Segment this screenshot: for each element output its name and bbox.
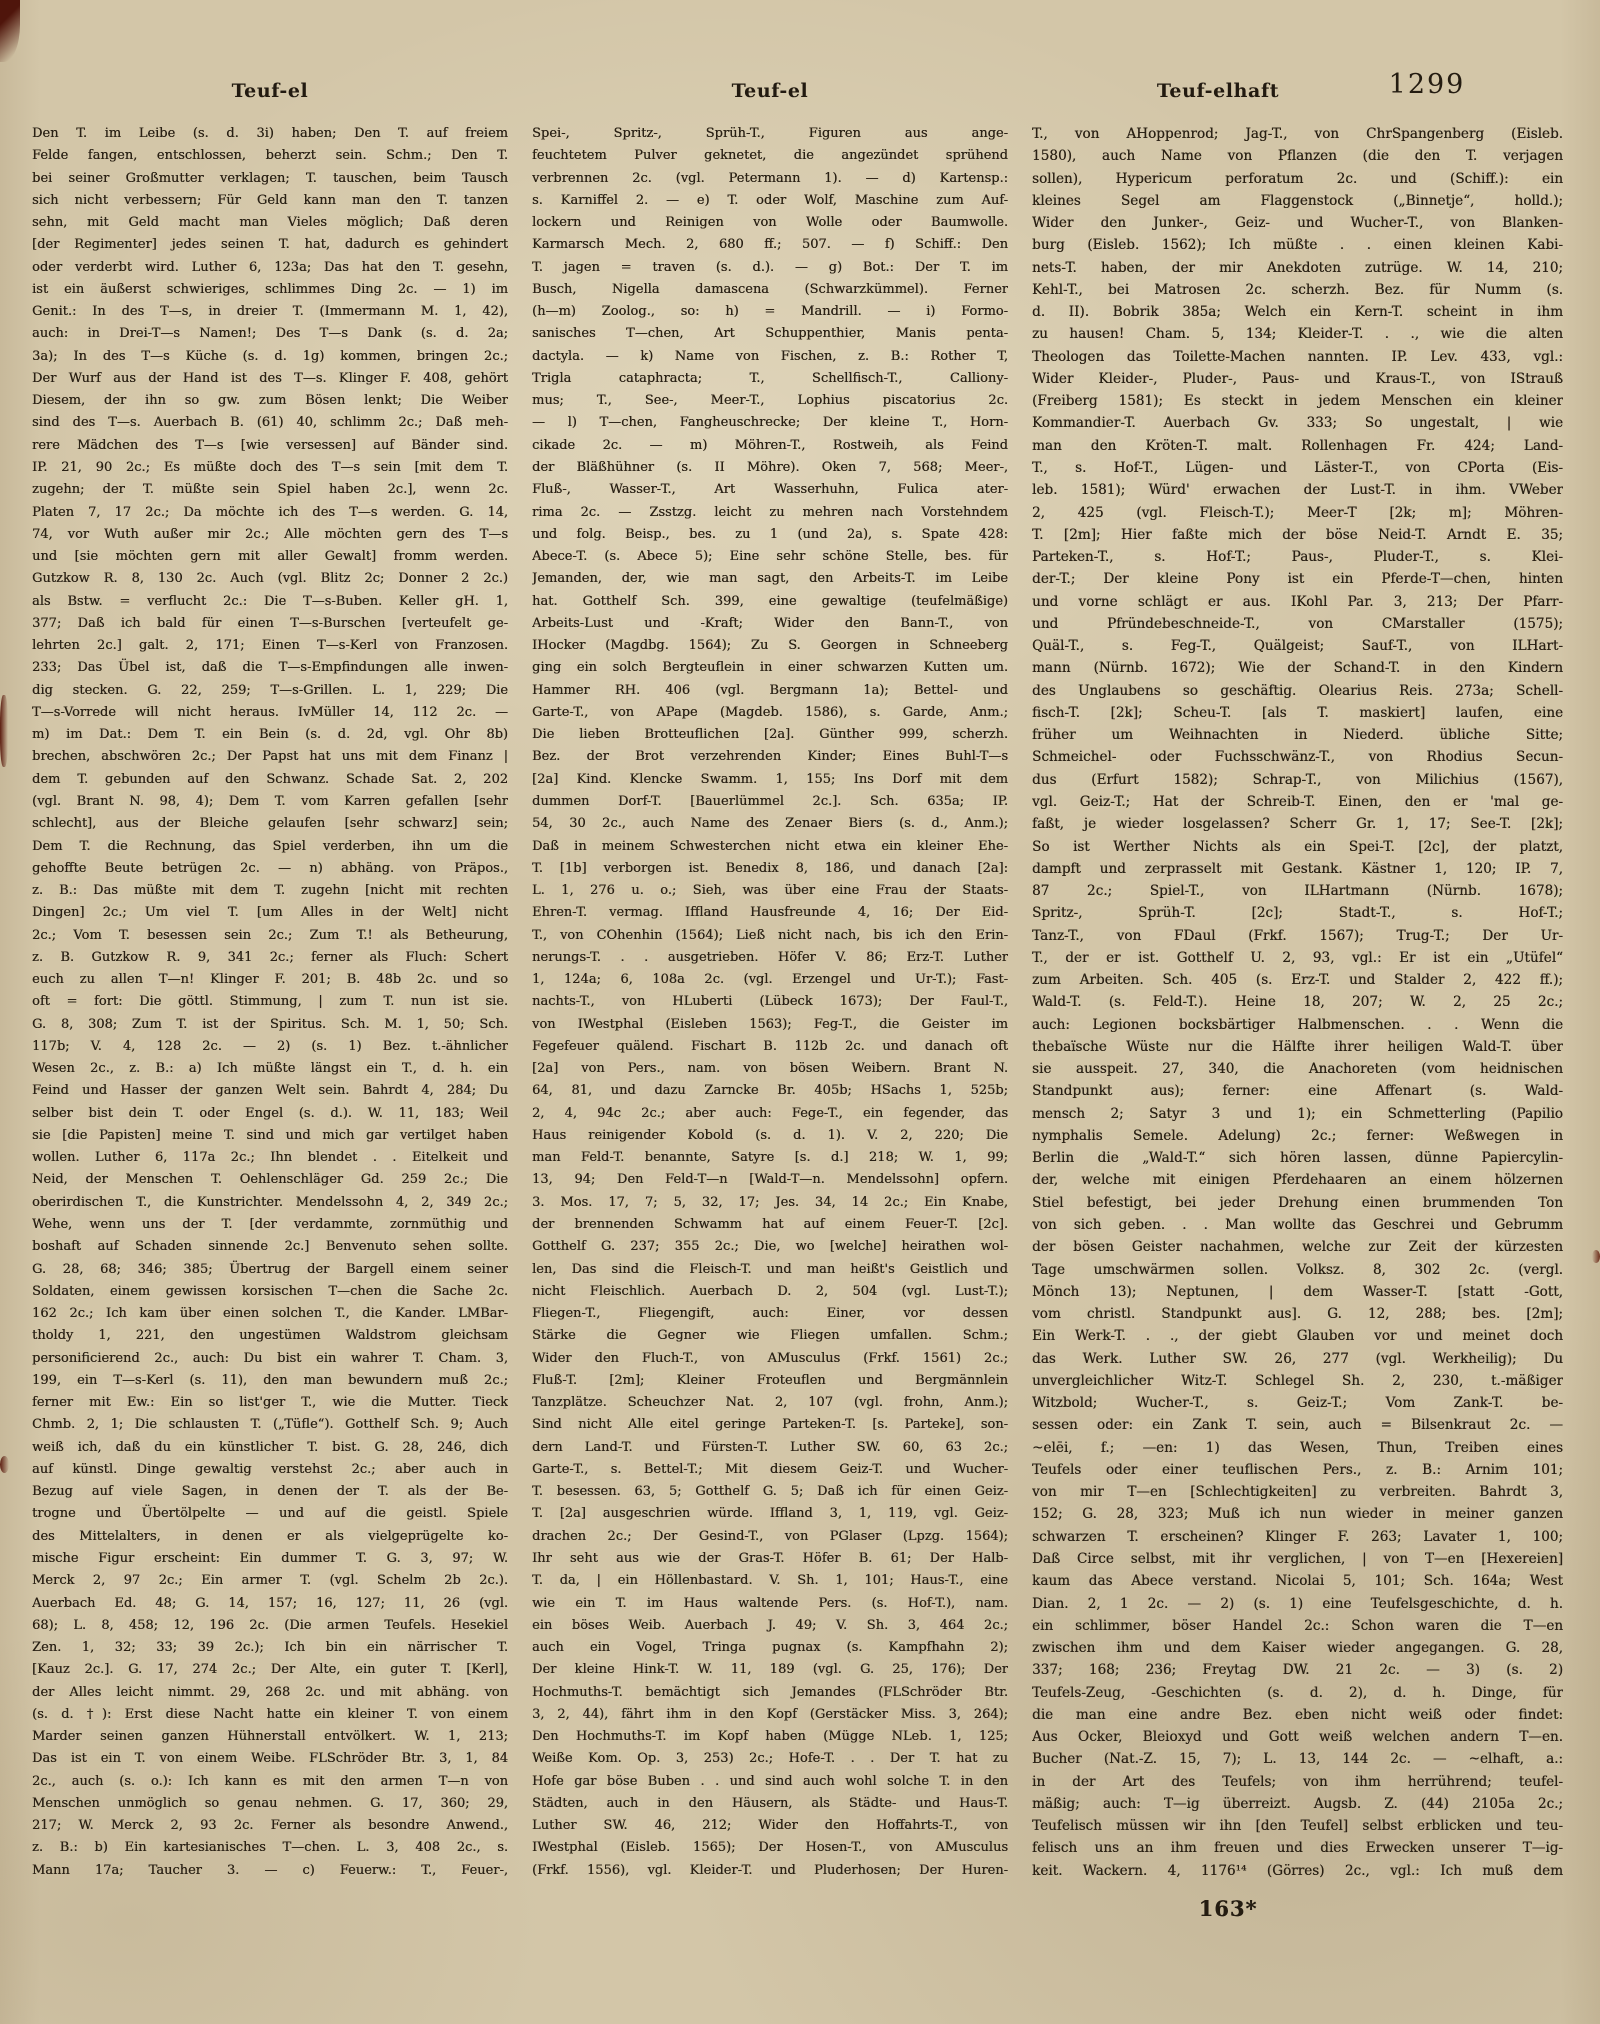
text-line: keit. Wackern. 4, 1176¹⁴ (Görres) 2c., v…: [1032, 1860, 1563, 1882]
text-line: T—s-Vorrede will nicht heraus. IvMüller …: [32, 702, 508, 724]
text-line: mus; T., See-, Meer-T., Lophius piscator…: [532, 390, 1008, 412]
text-line: nymphalis Semele. Adelung) 2c.; ferner: …: [1032, 1125, 1563, 1147]
text-line: euch zu allen T—n! Klinger F. 201; B. 48…: [32, 969, 508, 991]
text-line: Das ist ein T. von einem Weibe. FLSchröd…: [32, 1748, 508, 1770]
text-line: s. Karniffel 2. — e) T. oder Wolf, Masch…: [532, 190, 1008, 212]
text-line: kleines Segel am Flaggenstock („Binnetje…: [1032, 190, 1563, 212]
text-line: oft = fort: Die göttl. Stimmung, | zum T…: [32, 991, 508, 1013]
text-line: zum Arbeiten. Sch. 405 (s. Erz-T. und St…: [1032, 969, 1563, 991]
text-line: 3. Mos. 17, 7; 5, 32, 17; Jes. 34, 14 2c…: [532, 1192, 1008, 1214]
text-line: Fluß-T. [2m]; Kleiner Froteuflen und Ber…: [532, 1370, 1008, 1392]
text-line: Arbeits-Lust und -Kraft; Wider den Bann-…: [532, 613, 1008, 635]
text-line: T., der er ist. Gotthelf U. 2, 93, vgl.:…: [1032, 947, 1563, 969]
text-line: des Mittelalters, in denen er als vielge…: [32, 1526, 508, 1548]
text-line: thebaïsche Wüste nur die Hälfte ihrer he…: [1032, 1036, 1563, 1058]
page-edge-stain-right: [1592, 1250, 1600, 1263]
text-line: mäßig; auch: T—ig überreizt. Augsb. Z. (…: [1032, 1793, 1563, 1815]
text-line: T. [1b] verborgen ist. Benedix 8, 186, u…: [532, 858, 1008, 880]
text-line: 54, 30 2c., auch Name des Zenaer Biers (…: [532, 813, 1008, 835]
text-line: Theologen das Toilette-Machen nannten. I…: [1032, 346, 1563, 368]
text-line: der-T.; Der kleine Pony ist ein Pferde-T…: [1032, 568, 1563, 590]
text-line: (h—m) Zoolog., so: h) = Mandrill. — i) F…: [532, 301, 1008, 323]
text-line: sanisches T—chen, Art Schuppenthier, Man…: [532, 323, 1008, 345]
text-line: mensch 2; Satyr 3 und 1); ein Schmetterl…: [1032, 1103, 1563, 1125]
text-line: (Freiberg 1581); Es steckt in jedem Mens…: [1032, 390, 1563, 412]
text-line: 1580), auch Name von Pflanzen (die den T…: [1032, 145, 1563, 167]
text-line: Stärke die Gegner wie Fliegen umfallen. …: [532, 1325, 1008, 1347]
text-line: Tanz-T., von FDaul (Frkf. 1567); Trug-T.…: [1032, 925, 1563, 947]
text-line: Karmarsch Mech. 2, 680 ff.; 507. — f) Sc…: [532, 234, 1008, 256]
text-line: dummen Dorf-T. [Bauerlümmel 2c.]. Sch. 6…: [532, 791, 1008, 813]
text-line: Wesen 2c., z. B.: a) Ich müßte längst ei…: [32, 1058, 508, 1080]
text-line: mische Figur erscheint: Ein dummer T. G.…: [32, 1548, 508, 1570]
text-line: Bucher (Nat.-Z. 15, 7); L. 13, 144 2c. —…: [1032, 1748, 1563, 1770]
text-line: dampft und zerprasselt mit Gestank. Käst…: [1032, 858, 1563, 880]
text-line: rere Mädchen des T—s [wie versessen] auf…: [32, 435, 508, 457]
text-line: Merck 2, 97 2c.; Ein armer T. (vgl. Sche…: [32, 1570, 508, 1592]
text-line: G. 28, 68; 346; 385; Übertrug der Bargel…: [32, 1259, 508, 1281]
text-line: 3, 2, 44), fährt ihm in den Kopf (Gerstä…: [532, 1704, 1008, 1726]
text-line: (s. d. †): Erst diese Nacht hatte ein kl…: [32, 1704, 508, 1726]
text-line: der, welche mit einigen Pferdehaaren an …: [1032, 1169, 1563, 1191]
text-line: 2, 4, 94c 2c.; aber auch: Fege-T., ein f…: [532, 1103, 1008, 1125]
text-line: T. da, | ein Höllenbastard. V. Sh. 1, 10…: [532, 1570, 1008, 1592]
text-line: die man eine andre Bez. eben nicht weiß …: [1032, 1704, 1563, 1726]
text-line: verbrennen 2c. (vgl. Petermann 1). — d) …: [532, 168, 1008, 190]
text-line: Dingen] 2c.; Um viel T. [um Alles in der…: [32, 902, 508, 924]
text-line: Ehren-T. vermag. Iffland Hausfreunde 4, …: [532, 902, 1008, 924]
page-edge-stain-top-left: [0, 0, 20, 62]
text-line: Kehl-T., bei Matrosen 2c. scherzh. Bez. …: [1032, 279, 1563, 301]
text-line: kaum das Abece verstand. Nicolai 5, 101;…: [1032, 1570, 1563, 1592]
text-line: feuchtetem Pulver geknetet, die angezünd…: [532, 145, 1008, 167]
text-line: auch ein Vogel, Tringa pugnax (s. Kampfh…: [532, 1637, 1008, 1659]
text-line: T., von COhenhin (1564); Ließ nicht nach…: [532, 925, 1008, 947]
text-line: Berlin die „Wald-T.“ sich hören lassen, …: [1032, 1147, 1563, 1169]
text-line: von sich geben. . . Man wollte das Gesch…: [1032, 1214, 1563, 1236]
text-line: T. besessen. 63, 5; Gotthelf G. 5; Daß i…: [532, 1481, 1008, 1503]
text-line: früher um Weihnachten in Niederd. üblich…: [1032, 724, 1563, 746]
text-line: Neid, der Menschen T. Oehlenschläger Gd.…: [32, 1169, 508, 1191]
text-line: T., s. Hof-T., Lügen- und Läster-T., von…: [1032, 457, 1563, 479]
text-line: cikade 2c. — m) Möhren-T., Rostweih, als…: [532, 435, 1008, 457]
text-line: [der Regimenter] jedes seinen T. hat, da…: [32, 234, 508, 256]
text-line: oberirdischen T., die Kunstrichter. Mend…: [32, 1192, 508, 1214]
page-edge-stain-left-small: [0, 1456, 9, 1473]
text-line: Daß Circe selbst, mit ihr verglichen, | …: [1032, 1548, 1563, 1570]
text-line: und folg. Beisp., bes. zu 1 (und 2a), s.…: [532, 524, 1008, 546]
text-line: Marder seinen ganzen Hühnerstall entvölk…: [32, 1726, 508, 1748]
text-line: trogne und Übertölpelte — und auf die ge…: [32, 1503, 508, 1525]
running-head-center: Teuf-el: [532, 80, 1008, 102]
text-line: Zen. 1, 32; 33; 39 2c.); Ich bin ein när…: [32, 1637, 508, 1659]
text-line: Aus Ocker, Bleioxyd und Gott weiß welche…: [1032, 1726, 1563, 1748]
text-line: T. [2a] ausgeschrien würde. Iffland 3, 1…: [532, 1503, 1008, 1525]
text-line: vgl. Geiz-T.; Hat der Schreib-T. Einen, …: [1032, 791, 1563, 813]
text-line: Gutzkow R. 8, 130 2c. Auch (vgl. Blitz 2…: [32, 568, 508, 590]
text-line: zu hausen! Cham. 5, 134; Kleider-T. . .,…: [1032, 323, 1563, 345]
text-column-1: Den T. im Leibe (s. d. 3i) haben; Den T.…: [32, 123, 508, 1882]
text-line: Feind und Hasser der ganzen Welt sein. B…: [32, 1080, 508, 1102]
text-line: Wider Kleider-, Pluder-, Paus- und Kraus…: [1032, 368, 1563, 390]
text-line: Dian. 2, 1 2c. — 2) (s. 1) eine Teufelsg…: [1032, 1593, 1563, 1615]
text-line: rima 2c. — Zsstzg. leicht zu mehren nach…: [532, 502, 1008, 524]
text-line: nerungs-T. . . ausgetrieben. Höfer V. 86…: [532, 947, 1008, 969]
text-line: IP. 21, 90 2c.; Es müßte doch des T—s se…: [32, 457, 508, 479]
text-line: ein böses Weib. Auerbach J. 49; V. Sh. 3…: [532, 1615, 1008, 1637]
text-line: Garte-T., von APape (Magdeb. 1586), s. G…: [532, 702, 1008, 724]
text-line: Spritz-, Sprüh-T. [2c]; Stadt-T., s. Hof…: [1032, 902, 1563, 924]
text-line: 152; G. 28, 323; Muß ich nun wieder in m…: [1032, 1503, 1563, 1525]
text-line: Witzbold; Wucher-T., s. Geiz-T.; Vom Zan…: [1032, 1392, 1563, 1414]
text-line: Chmb. 2, 1; Die schlausten T. („Tüfle“).…: [32, 1414, 508, 1436]
text-line: als Bstw. = verflucht 2c.: Die T—s-Buben…: [32, 591, 508, 613]
text-line: Kommandier-T. Auerbach Gv. 333; So unges…: [1032, 412, 1563, 434]
page-edge-stain-left: [0, 695, 8, 767]
text-line: man den Kröten-T. malt. Rollenhagen Fr. …: [1032, 435, 1563, 457]
text-line: IHocker (Magdbg. 1564); Zu S. Georgen in…: [532, 635, 1008, 657]
text-line: 117b; V. 4, 128 2c. — 2) (s. 1) Bez. t.-…: [32, 1036, 508, 1058]
text-line: personificierend 2c., auch: Du bist ein …: [32, 1348, 508, 1370]
text-line: das Werk. Luther SW. 26, 277 (vgl. Werkh…: [1032, 1348, 1563, 1370]
text-line: und vorne schlägt er aus. IKohl Par. 3, …: [1032, 591, 1563, 613]
text-line: Jemanden, der, wie man sagt, den Arbeits…: [532, 568, 1008, 590]
text-line: (vgl. Brant N. 98, 4); Dem T. vom Karren…: [32, 791, 508, 813]
text-line: Parteken-T., s. Hof-T.; Paus-, Pluder-T.…: [1032, 546, 1563, 568]
text-line: von IWestphal (Eisleben 1563); Feg-T., d…: [532, 1014, 1008, 1036]
text-line: Teufelisch müssen wir ihn [den Teufel] s…: [1032, 1815, 1563, 1837]
text-line: Fluß-, Wasser-T., Art Wasserhuhn, Fulica…: [532, 479, 1008, 501]
text-line: sind des T—s. Auerbach B. (61) 40, schli…: [32, 412, 508, 434]
text-line: tholdy 1, 221, den ungestümen Waldstrom …: [32, 1325, 508, 1347]
text-line: Hammer RH. 406 (vgl. Bergmann 1a); Bette…: [532, 680, 1008, 702]
text-line: 199, ein T—s-Kerl (s. 11), den man bewun…: [32, 1370, 508, 1392]
text-line: unvergleichlicher Witz-T. Schlegel Sh. 2…: [1032, 1370, 1563, 1392]
text-line: So ist Werther Nichts als ein Spei-T. [2…: [1032, 836, 1563, 858]
text-line: 377; Daß ich bald für einen T—s-Burschen…: [32, 613, 508, 635]
text-line: 1, 124a; 6, 108a 2c. (vgl. Erzengel und …: [532, 969, 1008, 991]
text-line: wollen. Luther 6, 117a 2c.; Ihn blendet …: [32, 1147, 508, 1169]
text-line: 64, 81, und dazu Zarncke Br. 405b; HSach…: [532, 1080, 1008, 1102]
dictionary-page: Teuf-el Teuf-el Teuf-elhaft 1299 Den T. …: [0, 0, 1600, 2024]
text-line: lehrten 2c.] galt. 2, 171; Einen T—s-Ker…: [32, 635, 508, 657]
text-line: in der Art des Teufels; von ihm herrühre…: [1032, 1771, 1563, 1793]
text-line: 3a); In des T—s Küche (s. d. 1g) kommen,…: [32, 346, 508, 368]
text-line: Soldaten, einem gewissen korsischen T—ch…: [32, 1281, 508, 1303]
text-line: Der Wurf aus der Hand ist des T—s. Kling…: [32, 368, 508, 390]
text-line: sie ausspeit. 27, 340, die Anachoreten (…: [1032, 1058, 1563, 1080]
text-line: Menschen unmöglich so genau nehmen. G. 1…: [32, 1793, 508, 1815]
text-line: schwarzen T. erscheinen? Klinger F. 263;…: [1032, 1526, 1563, 1548]
text-line: dig stecken. G. 22, 259; T—s-Grillen. L.…: [32, 680, 508, 702]
text-line: Abece-T. (s. Abece 5); Eine sehr schöne …: [532, 546, 1008, 568]
running-head-right: Teuf-elhaft: [1032, 80, 1404, 102]
text-line: Diesem, der ihn so gw. zum Bösen lenkt; …: [32, 390, 508, 412]
sheet-signature: 163*: [1176, 1896, 1280, 1921]
text-column-2: Spei-, Spritz-, Sprüh-T., Figuren aus an…: [532, 123, 1008, 1882]
text-line: T., von AHoppenrod; Jag-T., von ChrSpang…: [1032, 123, 1563, 145]
text-line: Standpunkt aus); ferner: eine Affenart (…: [1032, 1080, 1563, 1102]
text-line: z. B.: b) Ein kartesianisches T—chen. L.…: [32, 1837, 508, 1859]
text-line: vom christl. Standpunkt aus]. G. 12, 288…: [1032, 1303, 1563, 1325]
text-line: T. [2m]; Hier faßte mich der böse Neid-T…: [1032, 524, 1563, 546]
text-line: drachen 2c.; Der Gesind-T., von PGlaser …: [532, 1526, 1008, 1548]
text-line: T. jagen = traven (s. d.). — g) Bot.: De…: [532, 257, 1008, 279]
text-line: selber bist dein T. oder Engel (s. d.). …: [32, 1103, 508, 1125]
text-line: ~elēi, f.; —en: 1) das Wesen, Thun, Trei…: [1032, 1437, 1563, 1459]
text-line: Ihr seht aus wie der Gras-T. Höfer B. 61…: [532, 1548, 1008, 1570]
text-line: oder verderbt wird. Luther 6, 123a; Das …: [32, 257, 508, 279]
text-line: 217; W. Merck 2, 93 2c. Ferner als beson…: [32, 1815, 508, 1837]
text-line: ferner mit Ew.: Ein so list'ger T., wie …: [32, 1392, 508, 1414]
text-line: nicht Fleischlich. Auerbach D. 2, 504 (v…: [532, 1281, 1008, 1303]
text-line: 68); L. 8, 458; 12, 196 2c. (Die armen T…: [32, 1615, 508, 1637]
text-line: len, Das sind die Fleisch-T. und man hei…: [532, 1259, 1008, 1281]
text-line: Tage umschwärmen sollen. Volksz. 8, 302 …: [1032, 1259, 1563, 1281]
text-line: m) im Dat.: Dem T. ein Bein (s. d. 2d, v…: [32, 724, 508, 746]
text-line: Wider den Junker-, Geiz- und Wucher-T., …: [1032, 212, 1563, 234]
text-line: auch: Legionen bocksbärtiger Halbmensche…: [1032, 1014, 1563, 1036]
text-line: Felde fangen, entschlossen, beherzt sein…: [32, 145, 508, 167]
text-line: faßt, je wieder losgelassen? Scherr Gr. …: [1032, 813, 1563, 835]
text-line: ist ein äußerst schwieriges, schlimmes D…: [32, 279, 508, 301]
text-line: der Alles leicht nimmt. 29, 268 2c. und …: [32, 1682, 508, 1704]
text-line: Der kleine Hink-T. W. 11, 189 (vgl. G. 2…: [532, 1659, 1008, 1681]
text-line: Genit.: In des T—s, in dreier T. (Immerm…: [32, 301, 508, 323]
text-line: zwischen ihm und dem Kaiser wieder angeg…: [1032, 1637, 1563, 1659]
text-line: 337; 168; 236; Freytag DW. 21 2c. — 3) (…: [1032, 1659, 1563, 1681]
text-line: hat. Gotthelf Sch. 399, eine gewaltige (…: [532, 591, 1008, 613]
text-line: Die lieben Brotteuflichen [2a]. Günther …: [532, 724, 1008, 746]
text-line: und Pfründebeschneide-T., von CMarstalle…: [1032, 613, 1563, 635]
text-line: lockern und Reinigen von Wolle oder Baum…: [532, 212, 1008, 234]
text-line: Mönch 13); Neptunen, | dem Wasser-T. [st…: [1032, 1281, 1563, 1303]
text-line: Teufels oder einer teuflischen Pers., z.…: [1032, 1459, 1563, 1481]
text-line: 87 2c.; Spiel-T., von ILHartmann (Nürnb.…: [1032, 880, 1563, 902]
text-line: Fliegen-T., Fliegengift, auch: Einer, vo…: [532, 1303, 1008, 1325]
text-line: Gotthelf G. 237; 355 2c.; Die, wo [welch…: [532, 1236, 1008, 1258]
text-line: 13, 94; Den Feld-T—n [Wald-T—n. Mendelss…: [532, 1169, 1008, 1191]
text-line: Hofe gar böse Buben . . und sind auch wo…: [532, 1771, 1008, 1793]
text-line: Luther SW. 46, 212; Wider den Hoffahrts-…: [532, 1815, 1008, 1837]
text-column-3: T., von AHoppenrod; Jag-T., von ChrSpang…: [1032, 123, 1563, 1882]
text-line: nachts-T., von HLuberti (Lübeck 1673); D…: [532, 991, 1008, 1013]
text-line: schlecht], aus der Bleiche gelaufen [seh…: [32, 813, 508, 835]
text-line: Mann 17a; Taucher 3. — c) Feuerw.: T., F…: [32, 1860, 508, 1882]
text-line: Spei-, Spritz-, Sprüh-T., Figuren aus an…: [532, 123, 1008, 145]
text-line: 74, vor Wuth außer mir 2c.; Alle möchten…: [32, 524, 508, 546]
text-line: Stiel befestigt, bei jeder Drehung einen…: [1032, 1192, 1563, 1214]
text-line: Schmeichel- oder Fuchsschwänz-T., von Rh…: [1032, 746, 1563, 768]
text-line: [2a] Kind. Klencke Swamm. 1, 155; Ins Do…: [532, 769, 1008, 791]
text-line: [2a] von Pers., nam. von bösen Weibern. …: [532, 1058, 1008, 1080]
text-line: 162 2c.; Ich kam über einen solchen T., …: [32, 1303, 508, 1325]
text-line: Wider den Fluch-T., von AMusculus (Frkf.…: [532, 1348, 1008, 1370]
text-line: wie ein T. im Haus waltende Pers. (s. Ho…: [532, 1593, 1008, 1615]
text-line: dus (Erfurt 1582); Schrap-T., von Milich…: [1032, 769, 1563, 791]
text-line: der Bläßhühner (s. II Möhre). Oken 7, 56…: [532, 457, 1008, 479]
text-line: Auerbach Ed. 48; G. 14, 157; 16, 127; 11…: [32, 1593, 508, 1615]
text-line: Quäl-T., s. Feg-T., Quälgeist; Sauf-T., …: [1032, 635, 1563, 657]
text-line: dern Land-T. und Fürsten-T. Luther SW. 6…: [532, 1437, 1008, 1459]
text-line: Sind nicht Alle eitel geringe Parteken-T…: [532, 1414, 1008, 1436]
text-line: — l) T—chen, Fangheuschrecke; Der kleine…: [532, 412, 1008, 434]
text-line: nets-T. haben, der mir Anekdoten zutrüge…: [1032, 257, 1563, 279]
text-line: Wehe, wenn uns der T. [der verdammte, zo…: [32, 1214, 508, 1236]
text-line: Dem T. die Rechnung, das Spiel verderben…: [32, 836, 508, 858]
text-line: zugehn; der T. müßte sein Spiel haben 2c…: [32, 479, 508, 501]
text-line: sie [die Papisten] meine T. sind und mic…: [32, 1125, 508, 1147]
text-line: brechen, abschwören 2c.; Der Papst hat u…: [32, 746, 508, 768]
text-line: burg (Eisleb. 1562); Ich müßte . . einen…: [1032, 234, 1563, 256]
text-line: weiß ich, daß du ein künstlicher T. bist…: [32, 1437, 508, 1459]
text-line: Den T. im Leibe (s. d. 3i) haben; Den T.…: [32, 123, 508, 145]
text-line: 2c., auch (s. o.): Ich kann es mit den a…: [32, 1771, 508, 1793]
text-line: Ein Werk-T. . ., der giebt Glauben vor u…: [1032, 1325, 1563, 1347]
text-line: der bösen Geister nachahmen, welche zur …: [1032, 1236, 1563, 1258]
text-line: leb. 1581); Würd' erwachen der Lust-T. i…: [1032, 479, 1563, 501]
text-line: d. II). Bobrik 385a; Welch ein Kern-T. s…: [1032, 301, 1563, 323]
text-line: des Unglaubens so geschäftig. Olearius R…: [1032, 680, 1563, 702]
text-line: auf künstl. Dinge gewaltig verstehst 2c.…: [32, 1459, 508, 1481]
text-line: ging ein solch Bergteuflein in einer sch…: [532, 657, 1008, 679]
text-line: man Feld-T. benannte, Satyre [s. d.] 218…: [532, 1147, 1008, 1169]
text-line: der brennenden Schwamm hat auf einem Feu…: [532, 1214, 1008, 1236]
text-line: Tanzplätze. Scheuchzer Nat. 2, 107 (vgl.…: [532, 1392, 1008, 1414]
text-line: sollen), Hypericum perforatum 2c. und (S…: [1032, 168, 1563, 190]
text-line: Wald-T. (s. Feld-T.). Heine 18, 207; W. …: [1032, 991, 1563, 1013]
text-line: gehoffte Beute betrügen 2c. — n) abhäng.…: [32, 858, 508, 880]
text-line: Weiße Kom. Op. 3, 253) 2c.; Hofe-T. . . …: [532, 1748, 1008, 1770]
text-line: IWestphal (Eisleb. 1565); Der Hosen-T., …: [532, 1837, 1008, 1859]
text-line: Haus reinigender Kobold (s. d. 1). V. 2,…: [532, 1125, 1008, 1147]
text-line: mann (Nürnb. 1672); Wie der Schand-T. in…: [1032, 657, 1563, 679]
text-line: dactyla. — k) Name von Fischen, z. B.: R…: [532, 346, 1008, 368]
text-line: G. 8, 308; Zum T. ist der Spiritus. Sch.…: [32, 1014, 508, 1036]
text-line: auch: in Drei-T—s Namen!; Des T—s Dank (…: [32, 323, 508, 345]
text-line: sehn, mit Geld macht man Vieles möglich;…: [32, 212, 508, 234]
text-line: z. B.: Das müßte mit dem T. zugehn [nich…: [32, 880, 508, 902]
text-line: ein schlimmer, böser Handel 2c.: Schon w…: [1032, 1615, 1563, 1637]
page-number: 1299: [1368, 69, 1486, 100]
text-line: (Frkf. 1556), vgl. Kleider-T. und Pluder…: [532, 1860, 1008, 1882]
text-line: Teufels-Zeug, -Geschichten (s. d. 2), d.…: [1032, 1682, 1563, 1704]
text-line: Bezug auf viele Sagen, in denen der T. a…: [32, 1481, 508, 1503]
text-line: bei seiner Großmutter verklagen; T. taus…: [32, 168, 508, 190]
text-line: und [sie möchten gern mit aller Gewalt] …: [32, 546, 508, 568]
text-line: 2c.; Vom T. besessen sein 2c.; Zum T.! a…: [32, 925, 508, 947]
text-line: [Kauz 2c.]. G. 17, 274 2c.; Der Alte, ei…: [32, 1659, 508, 1681]
text-line: z. B. Gutzkow R. 9, 341 2c.; ferner als …: [32, 947, 508, 969]
text-line: Busch, Nigella damascena (Schwarzkümmel)…: [532, 279, 1008, 301]
text-line: sessen oder: ein Zank T. sein, auch = Bi…: [1032, 1414, 1563, 1436]
text-line: Trigla cataphracta; T., Schellfisch-T., …: [532, 368, 1008, 390]
text-line: Garte-T., s. Bettel-T.; Mit diesem Geiz-…: [532, 1459, 1008, 1481]
text-line: von mir T—en [Schlechtigkeiten] zu verbr…: [1032, 1481, 1563, 1503]
text-line: L. 1, 276 u. o.; Sieh, was über eine Fra…: [532, 880, 1008, 902]
text-line: Den Hochmuths-T. im Kopf haben (Mügge NL…: [532, 1726, 1008, 1748]
text-line: fisch-T. [2k]; Scheu-T. [als T. maskiert…: [1032, 702, 1563, 724]
text-line: dem T. gebunden auf den Schwanz. Schade …: [32, 769, 508, 791]
text-line: Platen 7, 17 2c.; Da möchte ich des T—s …: [32, 502, 508, 524]
text-line: sich nicht verbessern; Für Geld kann man…: [32, 190, 508, 212]
text-line: 2, 425 (vgl. Fleisch-T.); Meer-T [2k; m]…: [1032, 502, 1563, 524]
running-head-left: Teuf-el: [32, 80, 508, 102]
text-line: Hochmuths-T. bemächtigt sich Jemandes (F…: [532, 1682, 1008, 1704]
text-line: Fegefeuer quälend. Fischart B. 112b 2c. …: [532, 1036, 1008, 1058]
text-line: 233; Das Übel ist, daß die T—s-Empfindun…: [32, 657, 508, 679]
text-line: boshaft auf Schaden sinnende 2c.] Benven…: [32, 1236, 508, 1258]
text-line: Daß in meinem Schwesterchen nicht etwa e…: [532, 836, 1008, 858]
text-line: felisch uns an ihm freuen und dies Erwec…: [1032, 1837, 1563, 1859]
text-line: Städten, auch in den Häusern, als Städte…: [532, 1793, 1008, 1815]
text-line: Bez. der Brot verzehrenden Kinder; Eines…: [532, 746, 1008, 768]
